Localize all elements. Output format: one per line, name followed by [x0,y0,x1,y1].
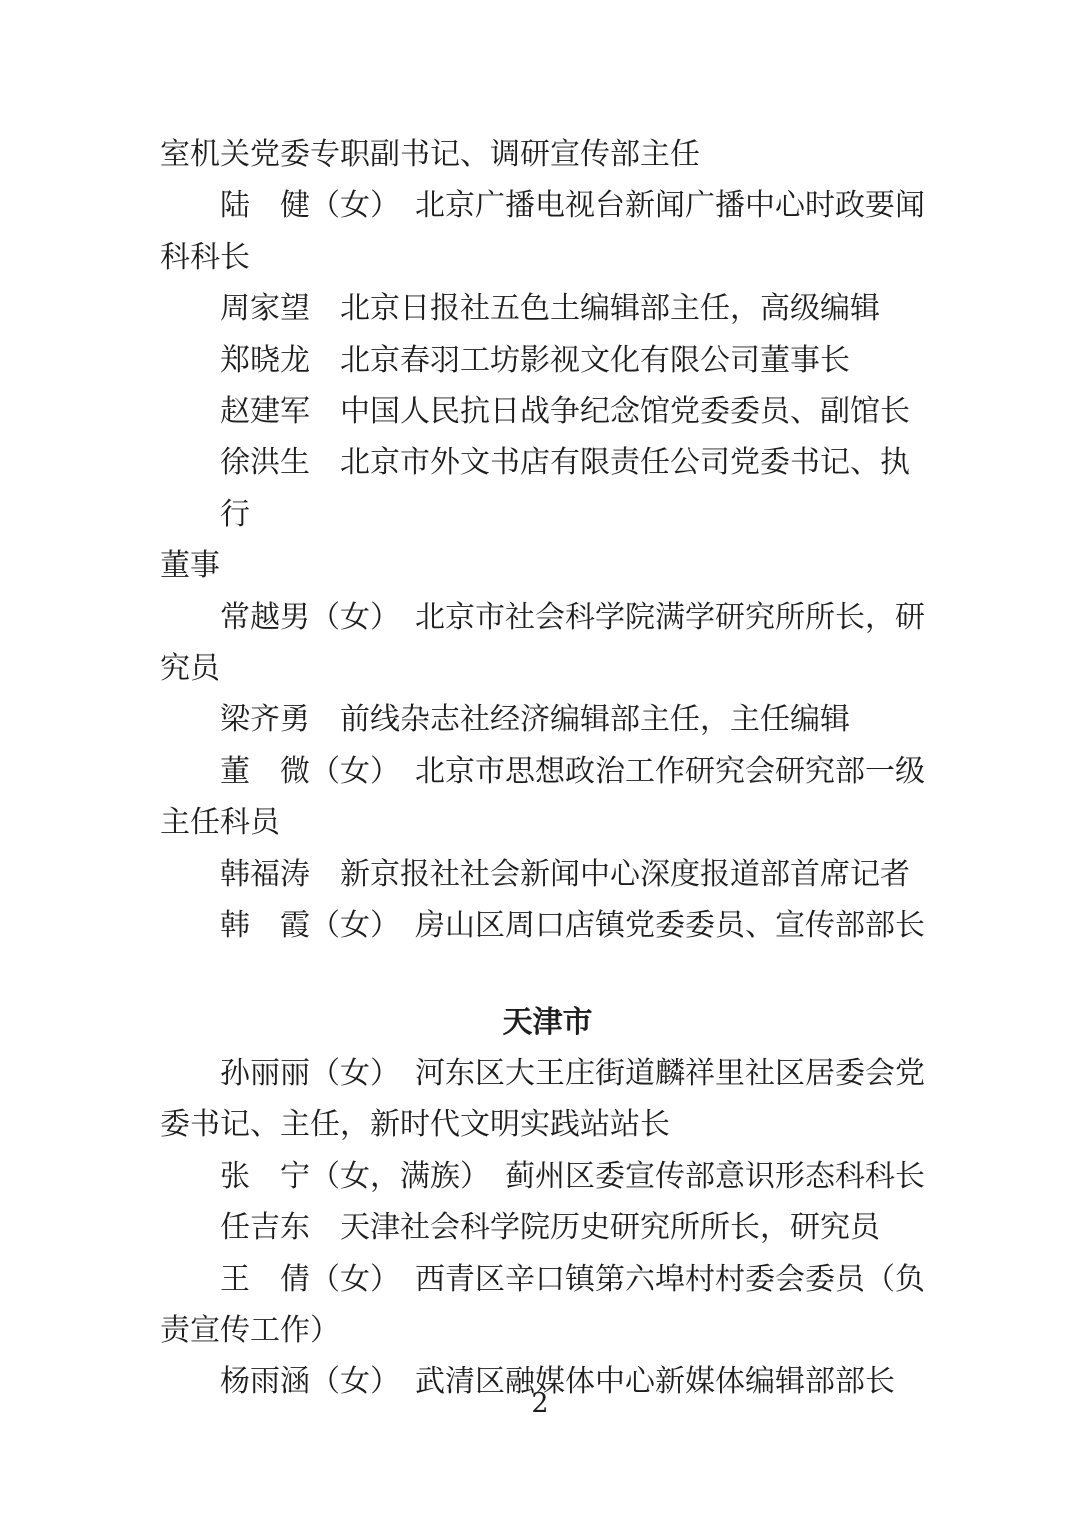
text-line: 委书记、主任，新时代文明实践站站长 [160,1099,935,1150]
text-line: 科科长 [160,232,935,283]
text-line: 室机关党委专职副书记、调研宣传部主任 [160,129,935,180]
text-line: 郑晓龙 北京春羽工坊影视文化有限公司董事长 [160,335,935,386]
text-line: 张 宁（女，满族） 蓟州区委宣传部意识形态科科长 [160,1151,935,1202]
text-line: 周家望 北京日报社五色土编辑部主任，高级编辑 [160,283,935,334]
text-line: 韩 霞（女） 房山区周口店镇党委委员、宣传部部长 [160,900,935,951]
text-line: 徐洪生 北京市外文书店有限责任公司党委书记、执行 [160,437,935,540]
page-number: 2 [0,1388,1080,1419]
text-line: 常越男（女） 北京市社会科学院满学研究所所长，研 [160,592,935,643]
text-line: 孙丽丽（女） 河东区大王庄街道麟祥里社区居委会党 [160,1048,935,1099]
section-heading-tianjin: 天津市 [160,997,935,1048]
text-line: 梁齐勇 前线杂志社经济编辑部主任，主任编辑 [160,694,935,745]
text-line: 董事 [160,540,935,591]
text-line: 责宣传工作） [160,1305,935,1356]
text-line: 陆 健（女） 北京广播电视台新闻广播中心时政要闻 [160,180,935,231]
text-line: 究员 [160,643,935,694]
text-line: 董 微（女） 北京市思想政治工作研究会研究部一级 [160,746,935,797]
text-line: 赵建军 中国人民抗日战争纪念馆党委委员、副馆长 [160,386,935,437]
document-page: 室机关党委专职副书记、调研宣传部主任 陆 健（女） 北京广播电视台新闻广播中心时… [0,0,1080,1526]
text-line: 主任科员 [160,797,935,848]
text-line: 王 倩（女） 西青区辛口镇第六埠村村委会委员（负 [160,1254,935,1305]
text-line: 任吉东 天津社会科学院历史研究所所长，研究员 [160,1202,935,1253]
text-line: 韩福涛 新京报社社会新闻中心深度报道部首席记者 [160,849,935,900]
document-body: 室机关党委专职副书记、调研宣传部主任 陆 健（女） 北京广播电视台新闻广播中心时… [160,129,935,1408]
